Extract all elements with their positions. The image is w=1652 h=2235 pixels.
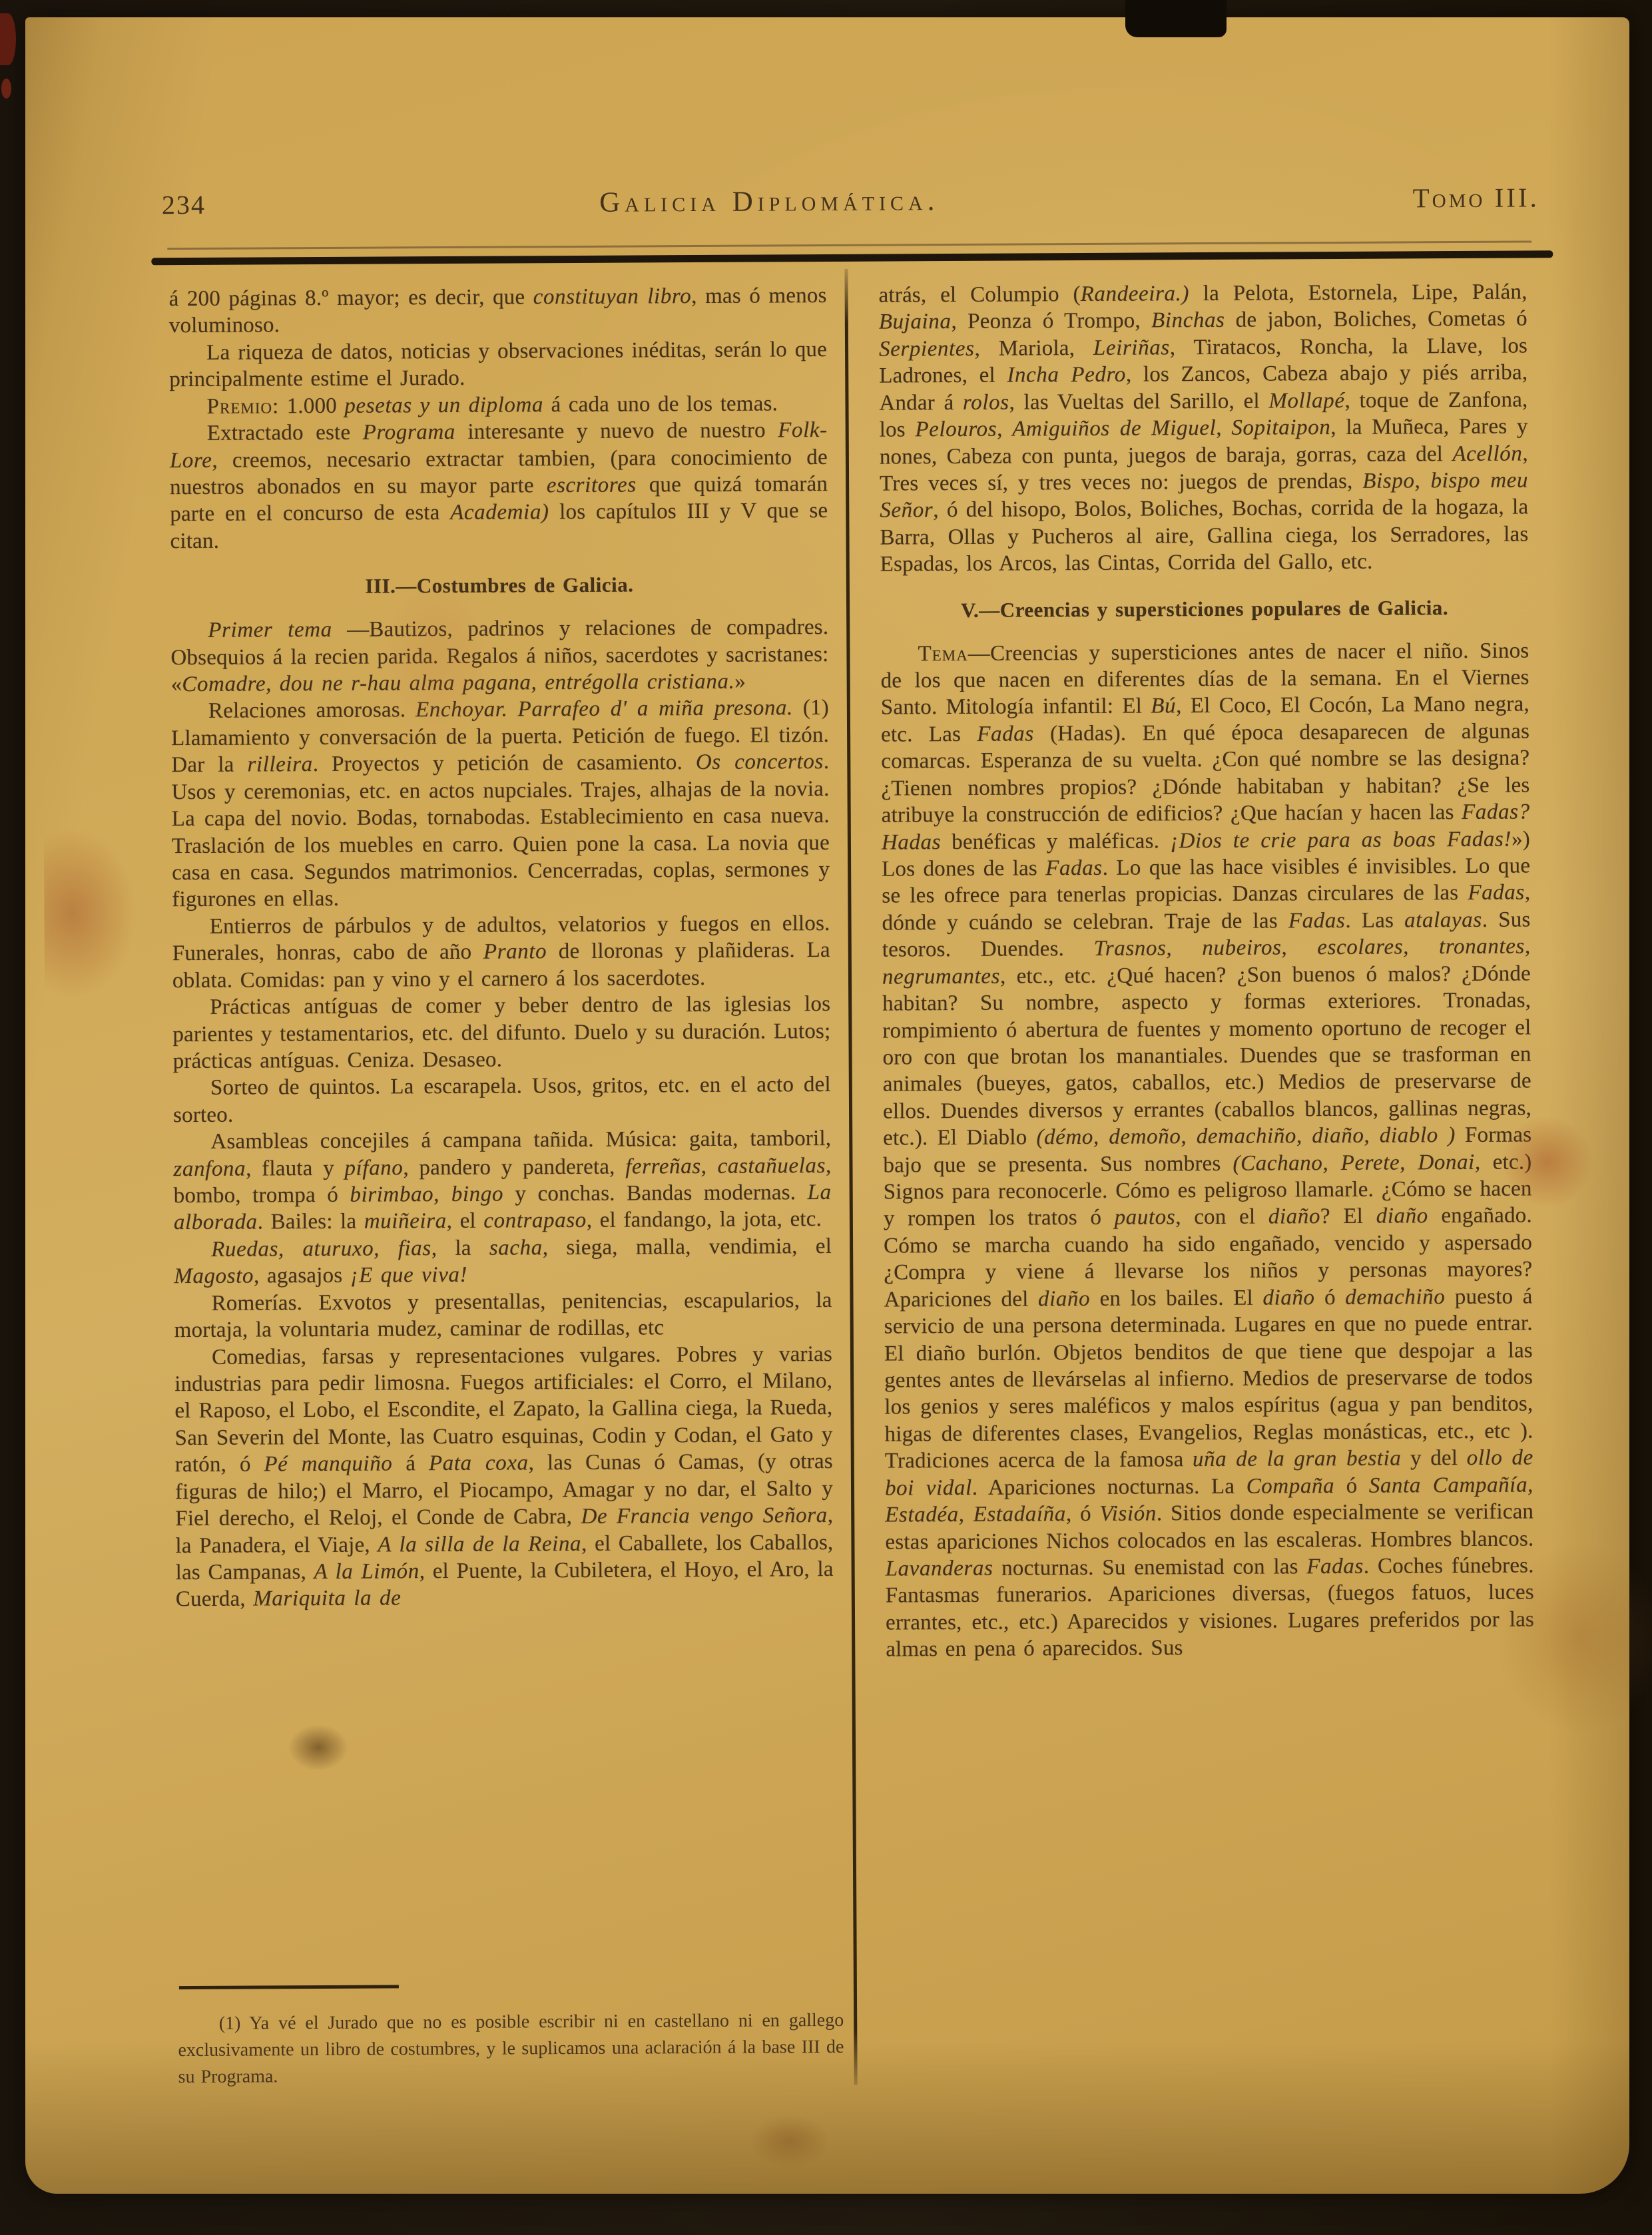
paper-sheet: 234 Galicia Diplomática. Tomo III. á 200… bbox=[25, 17, 1629, 2194]
paragraph: Extractado este Programa interesante y n… bbox=[170, 417, 828, 555]
paragraph: á 200 páginas 8.º mayor; es decir, que c… bbox=[169, 282, 827, 340]
section-heading: V.—Creencias y supersticiones populares … bbox=[880, 595, 1529, 623]
footnote-text: (1) Ya vé el Jurado que no es posible es… bbox=[178, 2007, 844, 2090]
left-column: á 200 páginas 8.º mayor; es decir, que c… bbox=[169, 282, 834, 1613]
journal-title: Galicia Diplomática. bbox=[166, 182, 1373, 221]
scan-edge-mark bbox=[1, 79, 11, 99]
paper-stain bbox=[750, 2114, 830, 2168]
volume-label: Tomo III. bbox=[1413, 181, 1539, 214]
right-column: atrás, el Columpio (Randeeira.) la Pelot… bbox=[879, 278, 1535, 1663]
paragraph: Romerías. Exvotos y presentallas, penite… bbox=[174, 1287, 832, 1344]
paragraph: Primer tema —Bautizos, padrinos y relaci… bbox=[170, 614, 829, 698]
section-heading: III.—Costumbres de Galicia. bbox=[170, 571, 828, 600]
header-rule-thin bbox=[167, 240, 1531, 250]
paragraph: Tema—Creencias y supersticiones antes de… bbox=[880, 637, 1534, 1663]
footnote: (1) Ya vé el Jurado que no es posible es… bbox=[178, 1983, 844, 2090]
paper-stain bbox=[44, 826, 138, 1000]
paragraph: Entierros de párbulos y de adultos, vela… bbox=[172, 910, 830, 994]
paragraph: atrás, el Columpio (Randeeira.) la Pelot… bbox=[879, 278, 1529, 578]
paragraph: Sorteo de quintos. La escarapela. Usos, … bbox=[173, 1071, 831, 1128]
scan-edge-mark bbox=[0, 13, 16, 65]
column-divider bbox=[844, 269, 857, 2085]
ink-blot bbox=[288, 1724, 348, 1771]
header-rule-thick bbox=[151, 250, 1553, 265]
paragraph: Asambleas concejiles á campana tañida. M… bbox=[173, 1125, 832, 1236]
paragraph: La riqueza de datos, noticias y observac… bbox=[169, 336, 827, 393]
paragraph: Ruedas, aturuxo, fias, la sacha, siega, … bbox=[174, 1233, 832, 1290]
page-header: 234 Galicia Diplomática. Tomo III. bbox=[162, 181, 1539, 221]
scanned-page: 234 Galicia Diplomática. Tomo III. á 200… bbox=[0, 0, 1652, 2235]
scan-edge-notch bbox=[1125, 0, 1227, 37]
paragraph: Premio: 1.000 pesetas y un diploma á cad… bbox=[169, 390, 827, 421]
footnote-rule bbox=[179, 1985, 399, 1989]
paragraph: Relaciones amorosas. Enchoyar. Parrafeo … bbox=[171, 694, 830, 913]
paragraph: Prácticas antíguas de comer y beber dent… bbox=[172, 991, 831, 1075]
page-content: 234 Galicia Diplomática. Tomo III. á 200… bbox=[19, 13, 1635, 2198]
paragraph: Comedias, farsas y representaciones vulg… bbox=[174, 1341, 834, 1613]
